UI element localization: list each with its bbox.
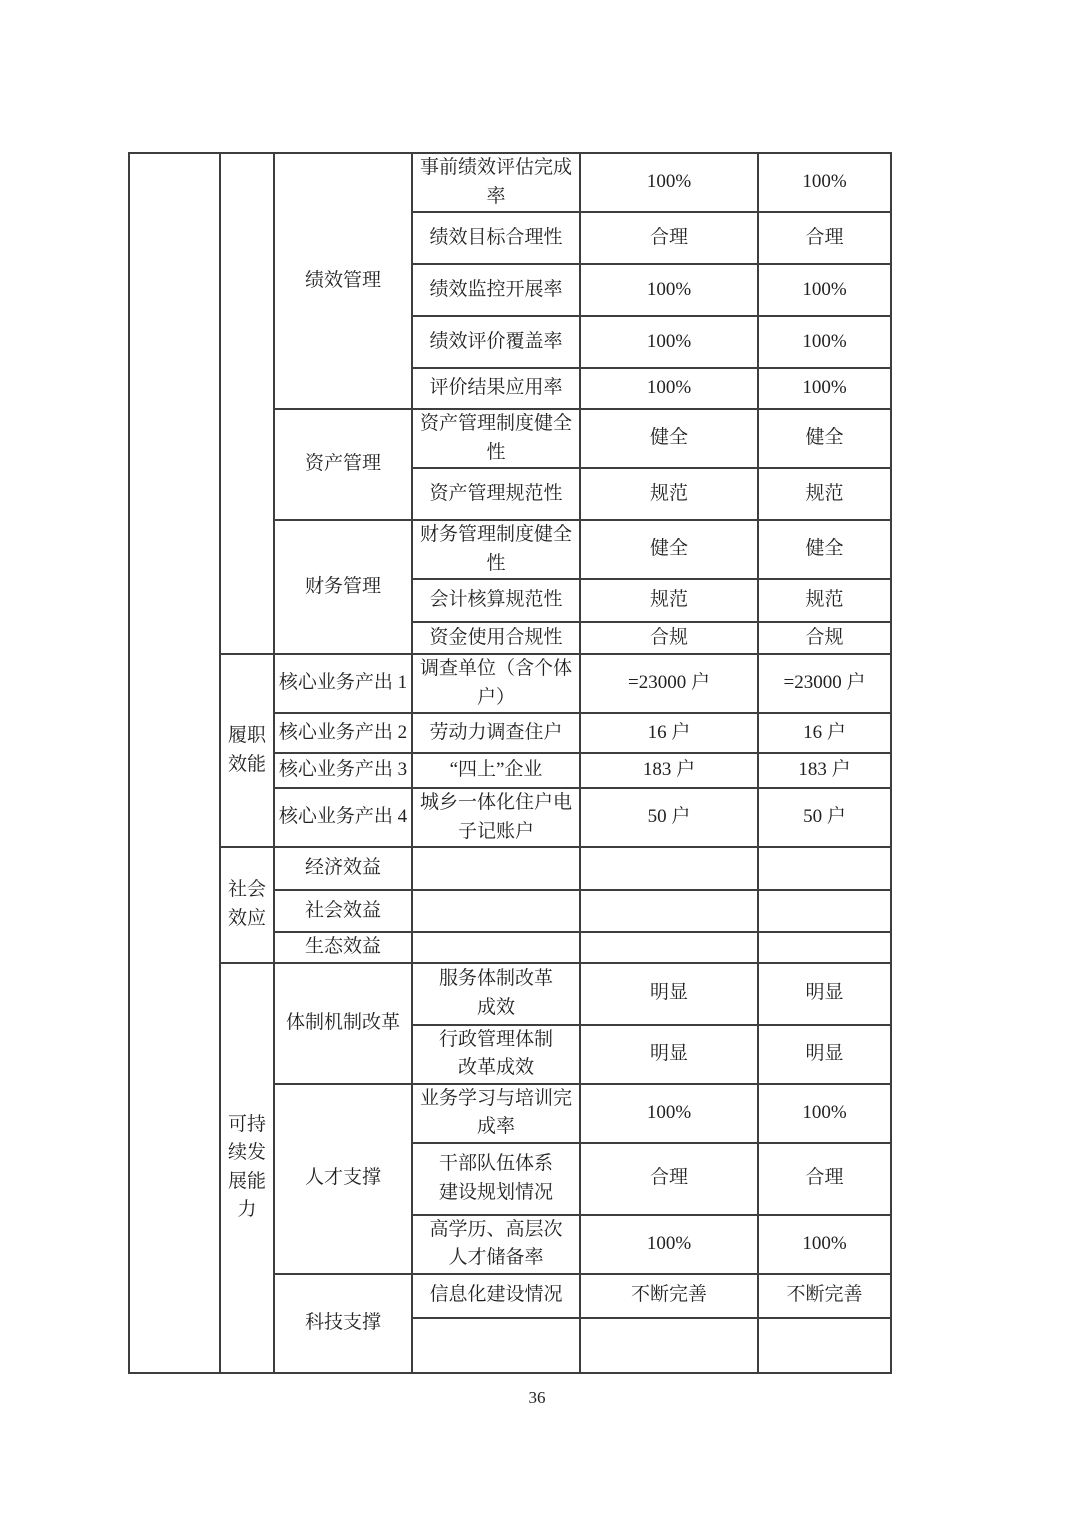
value-col1-cell: [580, 890, 758, 932]
performance-indicator-table: 绩效管理 事前绩效评估完成 率 100% 100% 绩效目标合理性 合理 合理 …: [128, 152, 892, 1374]
category-social-effect: 社会 效应: [220, 847, 274, 963]
indicator-name-cell: 财务管理制度健全 性: [412, 520, 580, 579]
subcategory-system-reform: 体制机制改革: [274, 963, 412, 1084]
core-output-label: 核心业务产出 1: [274, 654, 412, 713]
value-col1-cell: 100%: [580, 368, 758, 409]
indicator-name-cell: 评价结果应用率: [412, 368, 580, 409]
value-col2-cell: 16 户: [758, 713, 891, 753]
indicator-name-cell: 会计核算规范性: [412, 579, 580, 622]
page-number: 36: [0, 1388, 1074, 1408]
indicator-name-cell: 绩效监控开展率: [412, 264, 580, 316]
value-col1-cell: 100%: [580, 1084, 758, 1143]
value-col1-cell: 合理: [580, 1143, 758, 1215]
value-col2-cell: 合理: [758, 1143, 891, 1215]
core-output-label: 核心业务产出 3: [274, 753, 412, 788]
indicator-name-cell: [412, 1318, 580, 1373]
value-col2-cell: 100%: [758, 153, 891, 212]
indicator-name-cell: 业务学习与培训完 成率: [412, 1084, 580, 1143]
indicator-name-cell: 绩效评价覆盖率: [412, 316, 580, 368]
value-col2-cell: =23000 户: [758, 654, 891, 713]
value-col1-cell: 50 户: [580, 788, 758, 847]
subcategory-asset-management: 资产管理: [274, 409, 412, 520]
benefit-label: 经济效益: [274, 847, 412, 890]
value-col2-cell: 健全: [758, 520, 891, 579]
indicator-name-cell: 资产管理规范性: [412, 468, 580, 520]
indicator-name-cell: [412, 847, 580, 890]
value-col1-cell: [580, 1318, 758, 1373]
subcategory-finance-management: 财务管理: [274, 520, 412, 654]
value-col2-cell: 合理: [758, 212, 891, 264]
value-col2-cell: 100%: [758, 1084, 891, 1143]
outer-merged-empty-cell: [129, 153, 220, 1373]
value-col1-cell: 规范: [580, 579, 758, 622]
indicator-name-cell: 劳动力调查住户: [412, 713, 580, 753]
indicator-name-cell: 行政管理体制 改革成效: [412, 1025, 580, 1084]
indicator-name-cell: 高学历、高层次 人才储备率: [412, 1215, 580, 1274]
value-col2-cell: 100%: [758, 368, 891, 409]
value-col1-cell: 合理: [580, 212, 758, 264]
value-col1-cell: 规范: [580, 468, 758, 520]
value-col1-cell: 合规: [580, 622, 758, 654]
core-output-label: 核心业务产出 4: [274, 788, 412, 847]
indicator-name-cell: 城乡一体化住户电 子记账户: [412, 788, 580, 847]
value-col2-cell: 规范: [758, 579, 891, 622]
indicator-name-cell: [412, 932, 580, 963]
value-col2-cell: 健全: [758, 409, 891, 468]
value-col1-cell: 明显: [580, 1025, 758, 1084]
value-col2-cell: 100%: [758, 264, 891, 316]
indicator-name-cell: [412, 890, 580, 932]
indicator-name-cell: 事前绩效评估完成 率: [412, 153, 580, 212]
value-col1-cell: [580, 847, 758, 890]
document-page: 绩效管理 事前绩效评估完成 率 100% 100% 绩效目标合理性 合理 合理 …: [0, 0, 1074, 1520]
subcategory-talent-support: 人才支撑: [274, 1084, 412, 1274]
value-col1-cell: 不断完善: [580, 1274, 758, 1318]
category-merged-empty-cell: [220, 153, 274, 654]
value-col1-cell: =23000 户: [580, 654, 758, 713]
value-col1-cell: [580, 932, 758, 963]
value-col2-cell: 50 户: [758, 788, 891, 847]
subcategory-technology-support: 科技支撑: [274, 1274, 412, 1373]
value-col1-cell: 183 户: [580, 753, 758, 788]
value-col2-cell: 不断完善: [758, 1274, 891, 1318]
subcategory-performance-management: 绩效管理: [274, 153, 412, 409]
value-col2-cell: 明显: [758, 963, 891, 1025]
category-sustainable-development: 可持 续发 展能 力: [220, 963, 274, 1373]
indicator-name-cell: 服务体制改革 成效: [412, 963, 580, 1025]
value-col1-cell: 100%: [580, 153, 758, 212]
value-col2-cell: 规范: [758, 468, 891, 520]
benefit-label: 社会效益: [274, 890, 412, 932]
value-col2-cell: 183 户: [758, 753, 891, 788]
value-col1-cell: 100%: [580, 264, 758, 316]
value-col1-cell: 健全: [580, 520, 758, 579]
value-col1-cell: 100%: [580, 1215, 758, 1274]
value-col2-cell: 明显: [758, 1025, 891, 1084]
indicator-name-cell: 资产管理制度健全 性: [412, 409, 580, 468]
indicator-name-cell: 干部队伍体系 建设规划情况: [412, 1143, 580, 1215]
value-col1-cell: 明显: [580, 963, 758, 1025]
value-col1-cell: 16 户: [580, 713, 758, 753]
indicator-name-cell: “四上”企业: [412, 753, 580, 788]
value-col2-cell: [758, 932, 891, 963]
value-col2-cell: 合规: [758, 622, 891, 654]
benefit-label: 生态效益: [274, 932, 412, 963]
value-col1-cell: 100%: [580, 316, 758, 368]
core-output-label: 核心业务产出 2: [274, 713, 412, 753]
value-col2-cell: 100%: [758, 316, 891, 368]
indicator-name-cell: 绩效目标合理性: [412, 212, 580, 264]
value-col2-cell: 100%: [758, 1215, 891, 1274]
category-duty-performance: 履职 效能: [220, 654, 274, 847]
indicator-name-cell: 调查单位（含个体 户）: [412, 654, 580, 713]
value-col2-cell: [758, 847, 891, 890]
value-col1-cell: 健全: [580, 409, 758, 468]
indicator-name-cell: 资金使用合规性: [412, 622, 580, 654]
indicator-name-cell: 信息化建设情况: [412, 1274, 580, 1318]
value-col2-cell: [758, 890, 891, 932]
value-col2-cell: [758, 1318, 891, 1373]
